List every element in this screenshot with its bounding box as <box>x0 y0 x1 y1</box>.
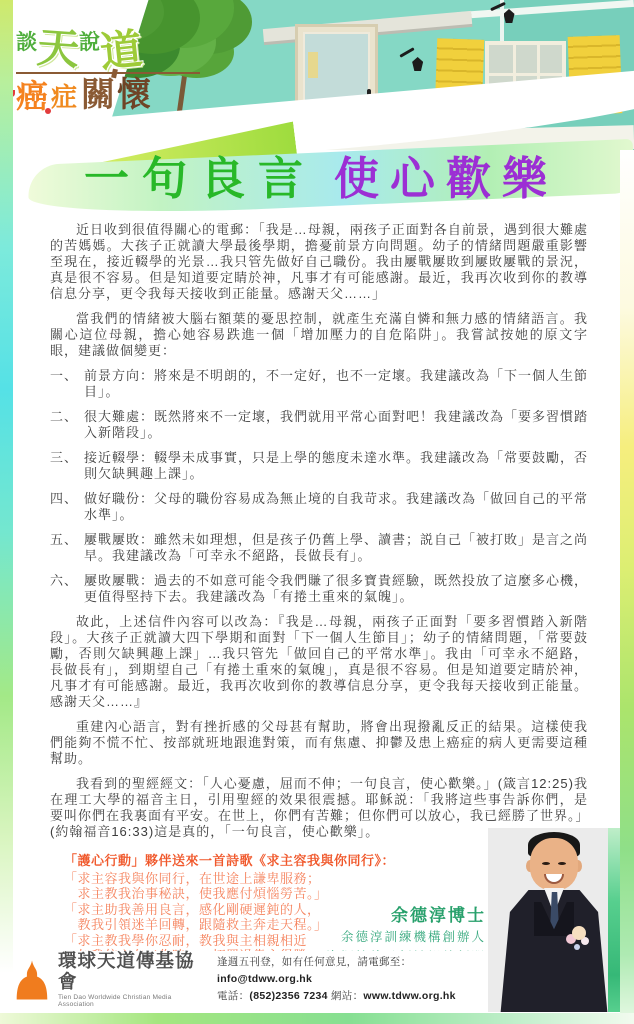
logo-char: 天 <box>36 27 81 72</box>
tiendao-logo-icon <box>15 958 49 1002</box>
masthead-logo-bottom: 癌 症 關 懷 <box>16 78 226 112</box>
logo-char: 癌 <box>16 80 48 112</box>
logo-char: 懷 <box>117 78 151 112</box>
author-title: 余德淳訓練機構創辦人 <box>326 929 486 946</box>
list-item-number: 六、 <box>50 573 84 605</box>
list-item-number: 五、 <box>50 532 84 564</box>
masthead-logo-top: 談 天 說 道 <box>16 14 226 70</box>
list-item: 二、 很大難處：既然將來不一定壞，我們就用平常心面對吧！我建議改為「要多習慣踏入… <box>50 409 588 441</box>
portrait-corsage-flower <box>572 926 586 940</box>
footer-org-name-en: Tien Dao Worldwide Christian Media Assoc… <box>58 994 208 1008</box>
title-part-purple: 使心歡樂 <box>334 153 558 204</box>
footer-phone: (852)2356 7234 <box>249 990 327 1002</box>
list-item-text: 接近輟學：輟學未成事實，只是上學的態度未達水準。我建議改為「常要鼓勵，否則欠缺興… <box>84 450 588 482</box>
list-item: 四、 做好職份：父母的職份容易成為無止境的自我苛求。我建議改為「做回自己的平常水… <box>50 491 588 523</box>
article-page: 談 天 說 道 癌 症 關 懷 一句良言使心歡樂 近日收到很值得關心的電郵：「我… <box>0 0 634 1024</box>
author-portrait <box>488 828 620 1012</box>
page-title: 一句良言使心歡樂 <box>84 156 558 201</box>
logo-divider <box>16 72 200 74</box>
list-item: 六、 屢敗屢戰：過去的不如意可能令我們賺了很多寶貴經驗，既然投放了這麼多心機，更… <box>50 573 588 605</box>
list-item-number: 二、 <box>50 409 84 441</box>
list-item-text: 屢敗屢戰：過去的不如意可能令我們賺了很多寶貴經驗，既然投放了這麼多心機，更值得堅… <box>84 573 588 605</box>
paragraph-intro: 當我們的情緒被大腦右額葉的憂思控制，就產生充滿自憐和無力感的情緒語言。我關心這位… <box>50 311 588 359</box>
list-item: 一、 前景方向：將來是不明朗的，不一定好，也不一定壞。我建議改為「下一個人生節目… <box>50 368 588 400</box>
photo-door-reflection <box>308 52 318 78</box>
list-item-text: 屢戰屢敗：雖然未如理想，但是孩子仍舊上學、讀書；説自己「被打敗」是言之尚早。我建… <box>84 532 588 564</box>
list-item-text: 前景方向：將來是不明朗的，不一定好，也不一定壞。我建議改為「下一個人生節目」。 <box>84 368 588 400</box>
scripture-ref: (約翰福音16:33) <box>50 824 154 839</box>
logo-char: 說 <box>79 26 100 56</box>
list-item: 三、 接近輟學：輟學未成事實，只是上學的態度未達水準。我建議改為「常要鼓勵，否則… <box>50 450 588 482</box>
right-edge-gradient <box>620 150 634 1024</box>
list-item-number: 四、 <box>50 491 84 523</box>
footer-email: info@tdww.org.hk <box>217 973 312 985</box>
list-item-number: 一、 <box>50 368 84 400</box>
footer-website: www.tdww.org.hk <box>363 990 455 1002</box>
scripture-quote: 「人心憂慮，屈而不伸；一句良言，使心歡樂。」 <box>202 776 497 791</box>
logo-char: 關 <box>81 78 115 112</box>
list-item-text: 很大難處：既然將來不一定壞，我們就用平常心面對吧！我建議改為「要多習慣踏入新階段… <box>84 409 588 441</box>
logo-char: 道 <box>98 28 144 74</box>
footer-publish-note: 逢週五刊登，如有任何意見，請電郵至： <box>217 956 411 968</box>
footer-contact: 逢週五刊登，如有任何意見，請電郵至：info@tdww.org.hk 電話：(8… <box>217 954 485 1005</box>
list-item-number: 三、 <box>50 450 84 482</box>
portrait-eye <box>558 862 566 865</box>
paragraph-rebuild: 重建內心語言，對有挫折感的父母甚有幫助，將會出現撥亂反正的結果。這樣使我們能夠不… <box>50 719 588 767</box>
footer-org: 環球天道傳基協會 Tien Dao Worldwide Christian Me… <box>58 951 208 1008</box>
list-item: 五、 屢戰屢敗：雖然未如理想，但是孩子仍舊上學、讀書；説自己「被打敗」是言之尚早… <box>50 532 588 564</box>
footer-contact-line2: 電話：(852)2356 7234 網站：www.tdww.org.hk <box>217 988 485 1005</box>
left-edge-gradient <box>0 0 13 1024</box>
author-name: 余德淳博士 <box>326 901 486 926</box>
logo-char: 談 <box>16 26 37 56</box>
portrait-green-band <box>608 828 620 1012</box>
title-row: 一句良言使心歡樂 <box>0 148 634 218</box>
footer-org-name-cn: 環球天道傳基協會 <box>58 951 208 992</box>
scripture-outro: 這是真的，「一句良言，使心歡樂」。 <box>154 824 379 839</box>
title-part-green: 一句良言 <box>84 153 316 204</box>
scripture-intro: 我看到的聖經經文： <box>76 776 202 791</box>
bottom-edge-gradient <box>0 1013 634 1024</box>
logo-char: 症 <box>51 84 77 110</box>
footer-contact-line1: 逢週五刊登，如有任何意見，請電郵至：info@tdww.org.hk <box>217 954 485 988</box>
masthead-logo: 談 天 說 道 癌 症 關 懷 <box>16 14 226 112</box>
paragraph-rewrite: 故此，上述信件內容可以改為：『我是…母親，兩孩子正面對「要多習慣踏入新階段」。大… <box>50 614 588 710</box>
portrait-eye <box>542 862 550 865</box>
list-item-text: 做好職份：父母的職份容易成為無止境的自我苛求。我建議改為「做回自己的平常水準」。 <box>84 491 588 523</box>
footer-phone-label: 電話： <box>217 990 249 1002</box>
footer-site-label: 網站： <box>328 990 364 1002</box>
paragraph-email: 近日收到很值得關心的電郵：「我是…母親，兩孩子正面對各自前景，遇到很大難處的苦媽… <box>50 222 588 302</box>
scripture-ref: (箴言12:25) <box>498 776 574 791</box>
footer: 環球天道傳基協會 Tien Dao Worldwide Christian Me… <box>15 951 485 1008</box>
